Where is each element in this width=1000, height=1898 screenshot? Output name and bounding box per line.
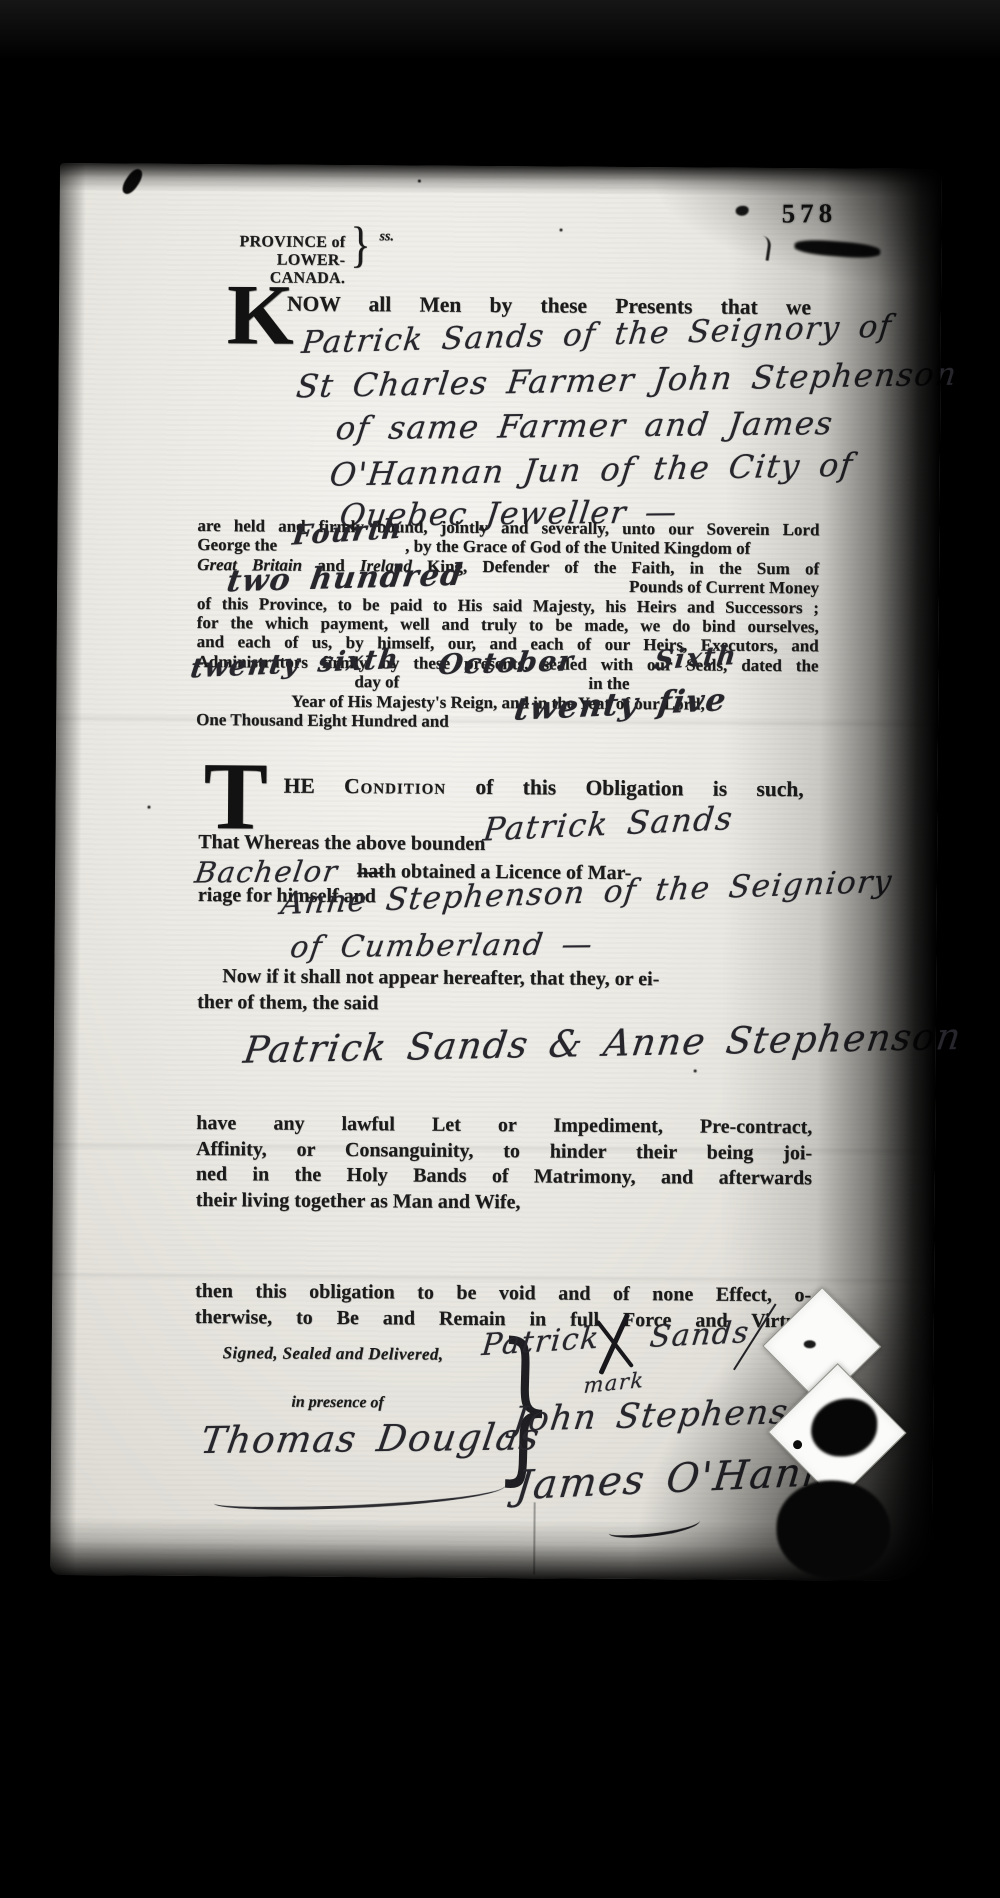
hw-groom-name: Patrick Sands: [481, 799, 735, 849]
ink-speck: [147, 806, 150, 809]
hw-regnal-year: Sixth: [653, 641, 739, 676]
shadow-vignette-left: [50, 163, 86, 1575]
ink-blob: [776, 1480, 891, 1579]
hw-principals-line-1: Patrick Sands of the Seignory of: [300, 308, 894, 361]
condition-text: of this Obligation is such,: [475, 775, 803, 801]
now-line-2: ther of them, the said: [197, 990, 378, 1017]
seal-ink-dot: [804, 1340, 816, 1348]
hw-couple-names: Patrick Sands & Anne Stephenson: [241, 1015, 965, 1072]
bond-text: , by the Grace of God of the United King…: [405, 537, 750, 558]
groom-signature-first: Patrick: [480, 1321, 601, 1364]
document-page: PROVINCE of LOWER-CANADA. } ss. 578 K NO…: [50, 163, 942, 1581]
x-mark-stroke: [595, 1320, 634, 1368]
groom-x-mark: [592, 1311, 638, 1377]
ink-squiggle: [755, 235, 772, 261]
page-number: 578: [782, 198, 838, 230]
drop-cap-k: K: [227, 282, 294, 346]
province-line-1: PROVINCE of: [209, 233, 345, 252]
edge-notch-mark: [119, 166, 145, 197]
ink-dot-cluster: [736, 206, 749, 216]
hw-principals-line-4: O'Hannan Jun of the City of: [328, 446, 856, 494]
seal-ink-dot: [793, 1440, 802, 1449]
impediment-line: their living together as Man and Wife,: [196, 1187, 812, 1217]
witness-signature: Thomas Douglas: [198, 1415, 543, 1462]
shadow-vignette-top-right: [621, 167, 942, 299]
now-line-1: Now if it shall not appear hereafter, th…: [222, 964, 812, 994]
paper-crack: [533, 1502, 535, 1574]
condition-opening: HE Condition of this Obligation is such,: [284, 775, 804, 802]
hw-month: October: [436, 644, 577, 681]
void-line: then this obligation to be void and of n…: [195, 1279, 811, 1309]
header-brace: }: [350, 215, 371, 273]
groom-signature-last: Sands: [648, 1315, 752, 1355]
scan-background: PROVINCE of LOWER-CANADA. } ss. 578 K NO…: [0, 0, 1000, 1898]
condition-text: HE: [284, 774, 315, 798]
groom-mark-label: mark: [583, 1368, 645, 1398]
hw-sum: two hundred: [225, 558, 466, 600]
impediment-line: have any lawful Let or Impediment, Pre-c…: [196, 1111, 812, 1141]
hw-bride-line-2: of Cumberland —: [288, 927, 596, 965]
bond-text: George the: [197, 535, 277, 555]
bond-text: King, Defender of the Faith, in the Sum …: [427, 556, 819, 578]
hw-principals-line-3: of same Farmer and James: [334, 404, 836, 447]
ink-speck: [694, 1069, 697, 1072]
attestation-line-2: in presence of: [291, 1394, 384, 1413]
impediment-paragraph: have any lawful Let or Impediment, Pre-c…: [196, 1111, 813, 1217]
ink-speck: [560, 228, 563, 231]
condition-text-smallcaps: Condition: [344, 774, 446, 799]
bond-paragraph: are held and firmly bound, jointly and s…: [196, 516, 819, 734]
attestation-line-1: Signed, Sealed and Delivered,: [223, 1343, 444, 1365]
ink-speck: [418, 179, 421, 182]
shadow-vignette-top: [60, 163, 942, 197]
signature-flourish: [213, 1479, 506, 1512]
ink-smudge: [794, 238, 881, 260]
impediment-line: ned in the Holy Bands of Matrimony, and …: [196, 1162, 812, 1192]
header-ss-abbr: ss.: [379, 229, 394, 245]
hw-principals-line-2: St Charles Farmer John Stephenson: [294, 355, 959, 406]
drop-cap-t: T: [203, 760, 268, 832]
signature-flourish: [608, 1515, 701, 1541]
